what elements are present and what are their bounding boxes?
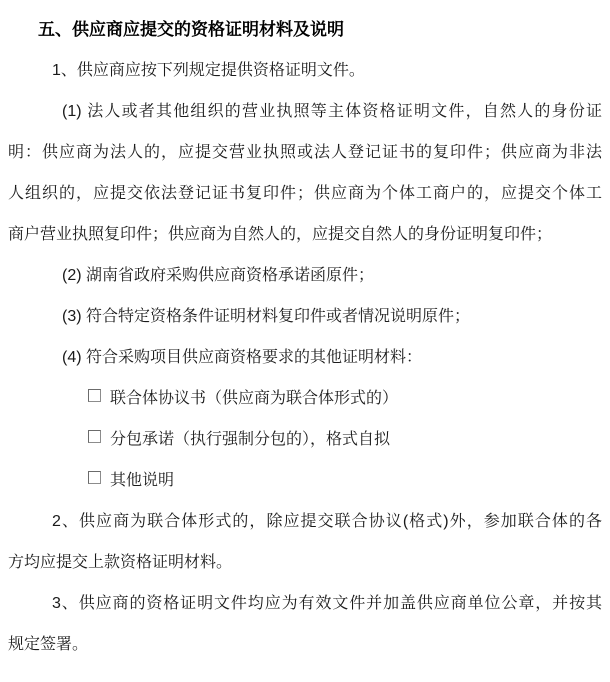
clause-3-line-2: 规定签署。	[0, 624, 610, 665]
clause-1-intro: 1、供应商应按下列规定提供资格证明文件。	[0, 50, 610, 91]
clause-3-line-1: 3、供应商的资格证明文件均应为有效文件并加盖供应商单位公章，并按其	[0, 583, 610, 624]
checkbox-label: 联合体协议书（供应商为联合体形式的）	[110, 390, 398, 407]
clause-1-sub1-line-2: 明：供应商为法人的，应提交营业执照或法人登记证书的复印件；供应商为非法	[0, 132, 610, 173]
clause-1-sub1-line-1: (1) 法人或者其他组织的营业执照等主体资格证明文件，自然人的身份证	[0, 91, 610, 132]
clause-2-line-2: 方均应提交上款资格证明材料。	[0, 542, 610, 583]
clause-2-line-1: 2、供应商为联合体形式的，除应提交联合协议(格式)外，参加联合体的各	[0, 501, 610, 542]
checkbox-unchecked-icon[interactable]	[88, 430, 101, 443]
checkbox-unchecked-icon[interactable]	[88, 471, 101, 484]
checkbox-row-subcontract-commitment: 分包承诺（执行强制分包的），格式自拟	[0, 419, 610, 460]
checkbox-label: 分包承诺（执行强制分包的），格式自拟	[110, 431, 390, 448]
clause-1-sub3: (3) 符合特定资格条件证明材料复印件或者情况说明原件；	[0, 296, 610, 337]
checkbox-unchecked-icon[interactable]	[88, 389, 101, 402]
document-page: 五、供应商应提交的资格证明材料及说明 1、供应商应按下列规定提供资格证明文件。 …	[0, 0, 610, 665]
section-heading: 五、供应商应提交的资格证明材料及说明	[0, 9, 610, 50]
clause-1-sub1-line-4: 商户营业执照复印件；供应商为自然人的，应提交自然人的身份证明复印件；	[0, 214, 610, 255]
checkbox-row-other-notes: 其他说明	[0, 460, 610, 501]
clause-1-sub2: (2) 湖南省政府采购供应商资格承诺函原件；	[0, 255, 610, 296]
clause-1-sub4: (4) 符合采购项目供应商资格要求的其他证明材料：	[0, 337, 610, 378]
checkbox-row-joint-agreement: 联合体协议书（供应商为联合体形式的）	[0, 378, 610, 419]
checkbox-label: 其他说明	[110, 472, 174, 489]
clause-1-sub1-line-3: 人组织的，应提交依法登记证书复印件；供应商为个体工商户的，应提交个体工	[0, 173, 610, 214]
